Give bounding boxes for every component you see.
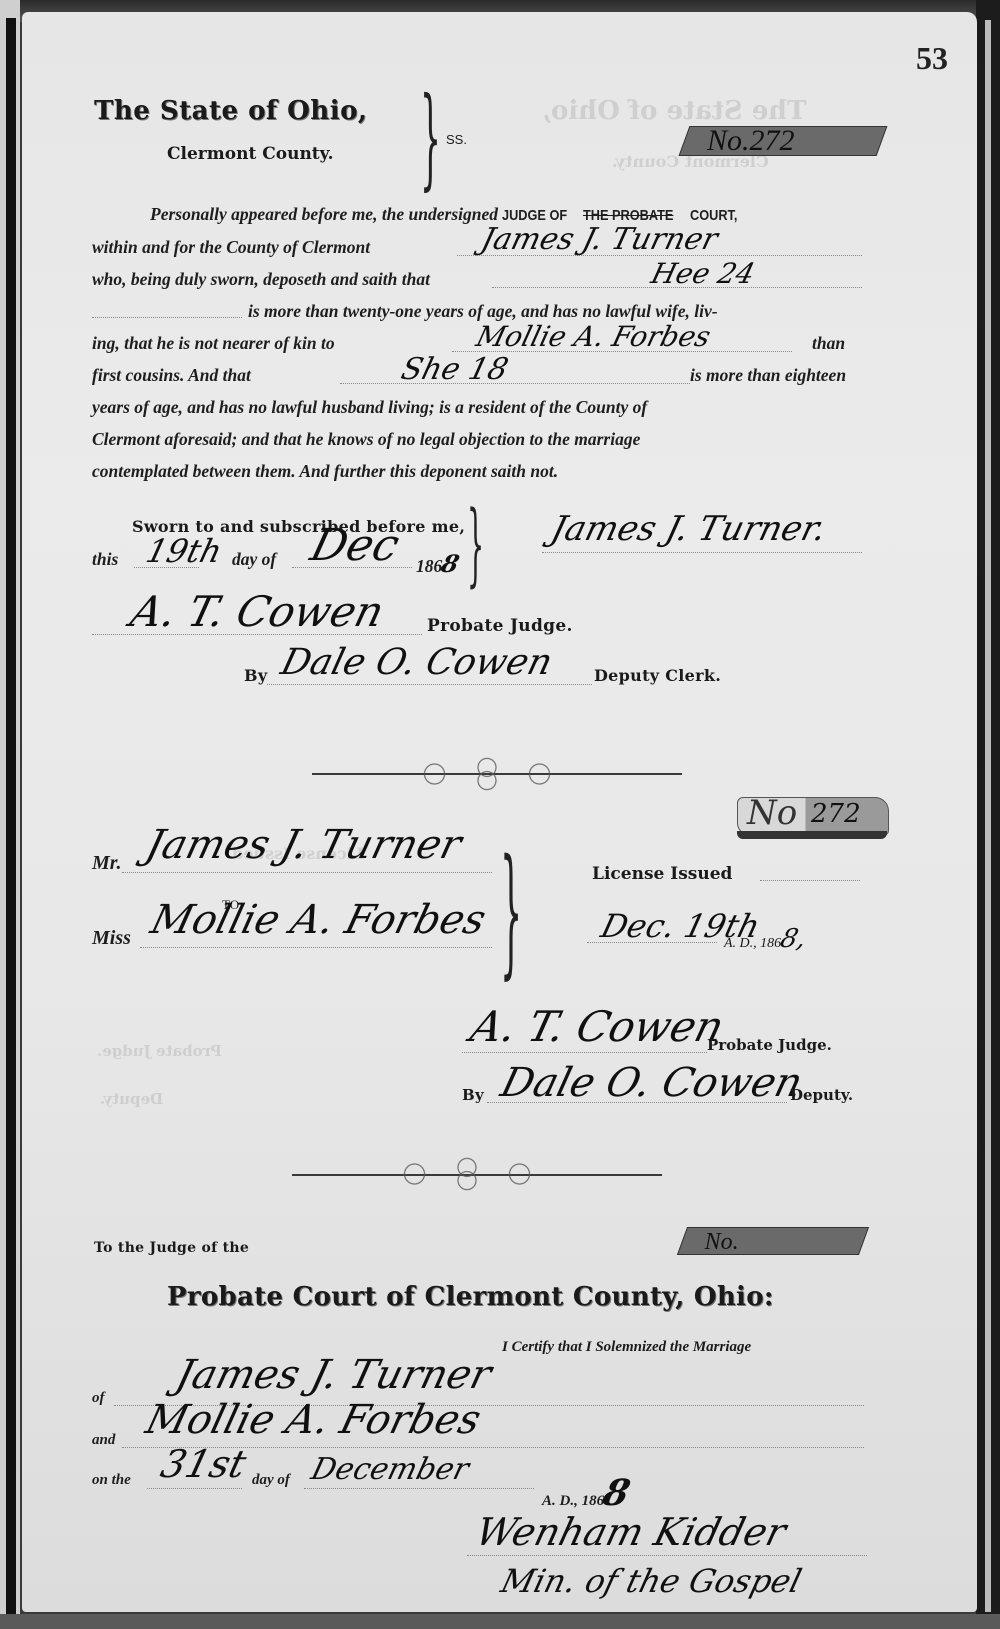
- certificate-number-prefix: No.: [705, 1229, 739, 1255]
- affidavit-line-2: within and for the County of Clermont: [92, 237, 370, 258]
- license-number-scroll: No 272: [737, 797, 887, 841]
- certificate-bride-name: Mollie A. Forbes: [141, 1397, 485, 1443]
- record-number-prefix: No.: [707, 124, 750, 157]
- affidavit-line-3: who, being duly sworn, deposeth and sait…: [92, 269, 430, 290]
- cert-year: A. D., 1868: [542, 1472, 629, 1514]
- ornamental-flourish-icon-2: [362, 1152, 572, 1196]
- officiant-signature-line: [467, 1555, 867, 1556]
- license-judge-line: [462, 1052, 707, 1053]
- license-brace: }: [500, 842, 522, 982]
- binding-edge: [6, 18, 16, 1618]
- affidavit-line-9: contemplated between them. And further t…: [92, 461, 558, 482]
- sworn-day: 19th: [142, 532, 226, 570]
- brace-symbol: }: [420, 82, 441, 192]
- year-prefix: 1868: [416, 549, 459, 578]
- bleed-through-state-title: The State of Ohio,: [542, 96, 806, 126]
- this-label: this: [92, 549, 118, 570]
- handwritten-deponent-name: James J. Turner: [478, 222, 722, 257]
- groom-fill-line: [122, 872, 492, 873]
- license-judge-title: Probate Judge.: [707, 1036, 832, 1054]
- record-number: 272: [750, 124, 795, 157]
- bride-age-fill-line: [340, 383, 690, 384]
- state-title: The State of Ohio,: [94, 96, 367, 126]
- miss-label: Miss: [92, 927, 131, 950]
- bleed-through-deputy: Deputy.: [100, 1090, 163, 1108]
- affidavit-line-4: is more than twenty-one years of age, an…: [248, 301, 718, 322]
- license-ad-label: A. D., 1868,: [724, 924, 806, 954]
- mr-label: Mr.: [92, 852, 121, 875]
- judge-title: Probate Judge.: [427, 616, 573, 636]
- day-of-label: day of: [232, 549, 276, 570]
- county-title: Clermont County.: [167, 144, 334, 164]
- officiant-title: Min. of the Gospel: [497, 1562, 805, 1600]
- affidavit-line-8: Clermont aforesaid; and that he knows of…: [92, 429, 640, 450]
- deputy-signature-line: [267, 684, 592, 685]
- affidavit-line-7: years of age, and has no lawful husband …: [92, 397, 647, 418]
- deponent-signature-line: [542, 552, 862, 553]
- and-label: and: [92, 1432, 115, 1449]
- affidavit-line-5-end: than: [812, 333, 845, 354]
- deputy-clerk-signature: Dale O. Cowen: [277, 642, 557, 683]
- by-label: By: [244, 666, 267, 685]
- affidavit-line-5: ing, that he is not nearer of kin to: [92, 333, 335, 354]
- ledger-page: The State of Ohio, Clermont County. Lice…: [22, 12, 977, 1612]
- license-number: 272: [811, 799, 861, 829]
- handwritten-bride-age: She 18: [398, 352, 512, 387]
- license-issued-line: [760, 880, 860, 881]
- certificate-groom-name: James J. Turner: [171, 1352, 496, 1398]
- affidavit-line-6: first cousins. And that: [92, 365, 251, 386]
- officiant-signature: Wenham Kidder: [472, 1510, 791, 1554]
- page-number: 53: [916, 40, 948, 77]
- certificate-number-ribbon: No.: [677, 1227, 869, 1255]
- bleed-through-probate-judge: Probate Judge.: [97, 1042, 222, 1060]
- sworn-brace: }: [467, 500, 484, 590]
- license-number-prefix: No: [747, 793, 797, 833]
- cert-month-line: [304, 1488, 534, 1489]
- blank-fill-line: [92, 317, 242, 318]
- certify-line: I Certify that I Solemnized the Marriage: [502, 1339, 751, 1356]
- license-issued-label: License Issued: [592, 864, 732, 884]
- record-number-ribbon: No.272: [679, 126, 888, 156]
- to-judge-label: To the Judge of the: [94, 1240, 249, 1256]
- sworn-month: Dec: [306, 520, 405, 571]
- license-deputy-signature: Dale O. Cowen: [496, 1060, 807, 1106]
- ornamental-flourish-icon: [382, 752, 592, 796]
- deponent-signature: James J. Turner.: [547, 509, 830, 549]
- affidavit-line-6-end: is more than eighteen: [690, 365, 846, 386]
- handwritten-deponent-age: Hee 24: [648, 257, 758, 290]
- bride-license-fill-line: [140, 947, 492, 948]
- handwritten-bride-name: Mollie A. Forbes: [473, 320, 714, 353]
- cert-day-line: [147, 1488, 242, 1489]
- license-deputy-title: Deputy.: [790, 1086, 853, 1104]
- day-of-cert-label: day of: [252, 1472, 290, 1489]
- certificate-month: December: [308, 1452, 473, 1487]
- license-by-label: By: [462, 1086, 484, 1104]
- page-edge: [985, 20, 991, 1612]
- ss-label: SS.: [446, 132, 467, 147]
- court-title: Probate Court of Clermont County, Ohio:: [167, 1282, 774, 1312]
- scan-frame-bottom: [0, 1614, 1000, 1629]
- of-label: of: [92, 1390, 105, 1407]
- certificate-day: 31st: [157, 1442, 251, 1486]
- license-bride-name: Mollie A. Forbes: [146, 897, 490, 943]
- license-groom-name: James J. Turner: [141, 822, 466, 868]
- judge-signature: A. T. Cowen: [126, 587, 389, 636]
- license-judge-signature: A. T. Cowen: [466, 1002, 729, 1051]
- on-the-label: on the: [92, 1472, 131, 1489]
- deputy-clerk-title: Deputy Clerk.: [594, 666, 721, 685]
